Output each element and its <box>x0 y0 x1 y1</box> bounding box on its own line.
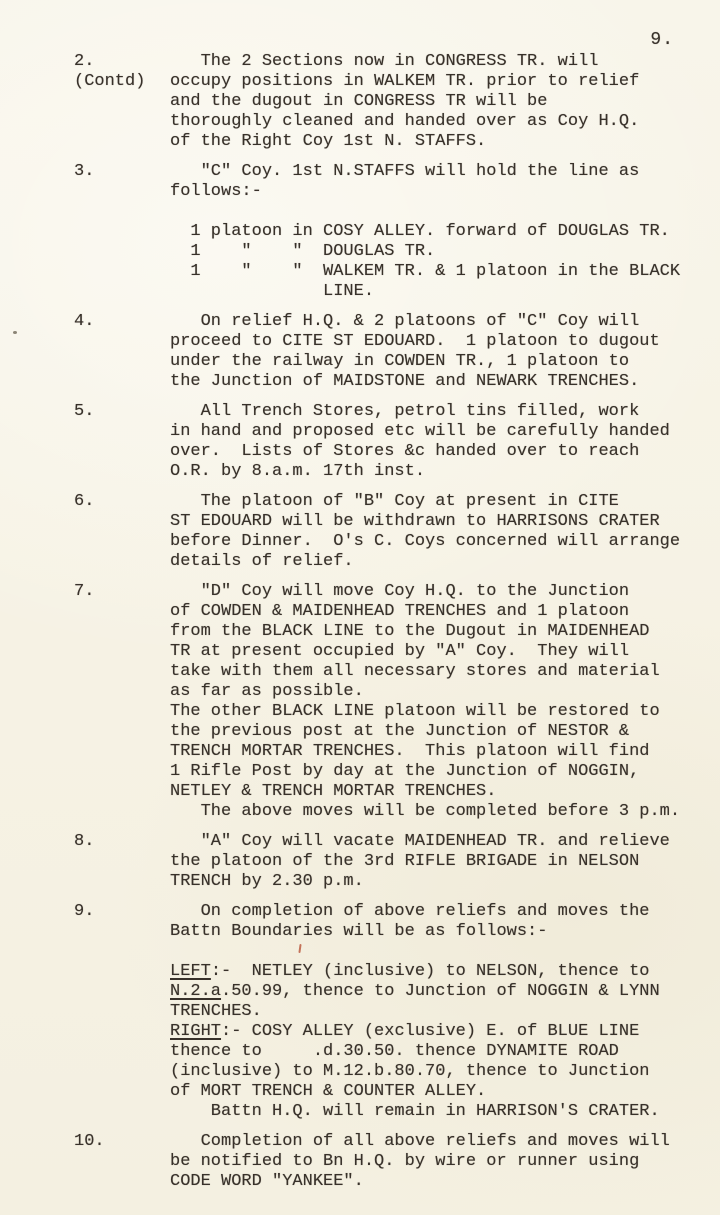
item-line: The above moves will be completed before… <box>170 802 712 822</box>
item-line: TRENCHES. <box>170 1002 712 1022</box>
underlined-text: N.2.a <box>170 982 221 1001</box>
item-line <box>170 202 712 222</box>
item-line: from the BLACK LINE to the Dugout in MAI… <box>170 622 712 642</box>
item-number-line: 8. <box>74 832 170 852</box>
order-item: 6. The platoon of "B" Coy at present in … <box>0 492 712 572</box>
underlined-text: RIGHT <box>170 1022 221 1041</box>
item-line: in hand and proposed etc will be careful… <box>170 422 712 442</box>
item-number-line: 10. <box>74 1132 170 1152</box>
item-line: under the railway in COWDEN TR., 1 plato… <box>170 352 712 372</box>
item-number: 5. <box>0 402 170 422</box>
item-line: 1 Rifle Post by day at the Junction of N… <box>170 762 712 782</box>
item-text: "A" Coy will vacate MAIDENHEAD TR. and r… <box>170 832 712 892</box>
item-line: take with them all necessary stores and … <box>170 662 712 682</box>
item-line: before Dinner. O's C. Coys concerned wil… <box>170 532 712 552</box>
item-text: On completion of above reliefs and moves… <box>170 902 712 1122</box>
item-line: occupy positions in WALKEM TR. prior to … <box>170 72 712 92</box>
item-line: All Trench Stores, petrol tins filled, w… <box>170 402 712 422</box>
item-line: TRENCH by 2.30 p.m. <box>170 872 712 892</box>
item-line: (inclusive) to M.12.b.80.70, thence to J… <box>170 1062 712 1082</box>
item-number: 8. <box>0 832 170 852</box>
item-line: RIGHT:- COSY ALLEY (exclusive) E. of BLU… <box>170 1022 712 1042</box>
item-number-line: 4. <box>74 312 170 332</box>
item-number-line: 6. <box>74 492 170 512</box>
underlined-text: LEFT <box>170 962 211 981</box>
item-number: 9. <box>0 902 170 922</box>
item-line: O.R. by 8.a.m. 17th inst. <box>170 462 712 482</box>
item-line: On completion of above reliefs and moves… <box>170 902 712 922</box>
paper-speck <box>13 331 17 334</box>
document-body: 2.(Contd) The 2 Sections now in CONGRESS… <box>0 52 712 1202</box>
item-number: 4. <box>0 312 170 332</box>
item-text: All Trench Stores, petrol tins filled, w… <box>170 402 712 482</box>
item-text: The platoon of "B" Coy at present in CIT… <box>170 492 712 572</box>
order-item: 9. On completion of above reliefs and mo… <box>0 902 712 1122</box>
item-line: The 2 Sections now in CONGRESS TR. will <box>170 52 712 72</box>
order-item: 8. "A" Coy will vacate MAIDENHEAD TR. an… <box>0 832 712 892</box>
item-line: the previous post at the Junction of NES… <box>170 722 712 742</box>
item-line: 1 " " DOUGLAS TR. <box>170 242 712 262</box>
item-number: 7. <box>0 582 170 602</box>
item-text: "D" Coy will move Coy H.Q. to the Juncti… <box>170 582 712 822</box>
order-item: 10. Completion of all above reliefs and … <box>0 1132 712 1192</box>
text-segment: :- NETLEY (inclusive) to NELSON, thence … <box>211 962 650 981</box>
order-item: 4. On relief H.Q. & 2 platoons of "C" Co… <box>0 312 712 392</box>
item-number-line: 3. <box>74 162 170 182</box>
item-line: LEFT:- NETLEY (inclusive) to NELSON, the… <box>170 962 712 982</box>
item-text: "C" Coy. 1st N.STAFFS will hold the line… <box>170 162 712 302</box>
item-line: as far as possible. <box>170 682 712 702</box>
item-line: "D" Coy will move Coy H.Q. to the Juncti… <box>170 582 712 602</box>
text-segment: .50.99, thence to Junction of NOGGIN & L… <box>221 982 660 1001</box>
text-segment: :- COSY ALLEY (exclusive) E. of BLUE LIN… <box>221 1022 639 1041</box>
item-line: On relief H.Q. & 2 platoons of "C" Coy w… <box>170 312 712 332</box>
order-item: 2.(Contd) The 2 Sections now in CONGRESS… <box>0 52 712 152</box>
item-line: 1 platoon in COSY ALLEY. forward of DOUG… <box>170 222 712 242</box>
item-line: N.2.a.50.99, thence to Junction of NOGGI… <box>170 982 712 1002</box>
order-item: 3. "C" Coy. 1st N.STAFFS will hold the l… <box>0 162 712 302</box>
item-text: On relief H.Q. & 2 platoons of "C" Coy w… <box>170 312 712 392</box>
item-line: proceed to CITE ST EDOUARD. 1 platoon to… <box>170 332 712 352</box>
item-line: over. Lists of Stores &c handed over to … <box>170 442 712 462</box>
item-number: 2.(Contd) <box>0 52 170 92</box>
order-item: 5. All Trench Stores, petrol tins filled… <box>0 402 712 482</box>
document-page: 9. 2.(Contd) The 2 Sections now in CONGR… <box>0 0 720 1215</box>
item-line: Completion of all above reliefs and move… <box>170 1132 712 1152</box>
item-line: The other BLACK LINE platoon will be res… <box>170 702 712 722</box>
item-line: "C" Coy. 1st N.STAFFS will hold the line… <box>170 162 712 182</box>
item-line: Battn H.Q. will remain in HARRISON'S CRA… <box>170 1102 712 1122</box>
item-line: the Junction of MAIDSTONE and NEWARK TRE… <box>170 372 712 392</box>
item-line: Battn Boundaries will be as follows:- <box>170 922 712 942</box>
item-line: CODE WORD "YANKEE". <box>170 1172 712 1192</box>
item-text: The 2 Sections now in CONGRESS TR. willo… <box>170 52 712 152</box>
item-number: 10. <box>0 1132 170 1152</box>
item-line: the platoon of the 3rd RIFLE BRIGADE in … <box>170 852 712 872</box>
item-line: TRENCH MORTAR TRENCHES. This platoon wil… <box>170 742 712 762</box>
item-number-line: (Contd) <box>74 72 170 92</box>
item-line: be notified to Bn H.Q. by wire or runner… <box>170 1152 712 1172</box>
order-item: 7. "D" Coy will move Coy H.Q. to the Jun… <box>0 582 712 822</box>
item-line: details of relief. <box>170 552 712 572</box>
item-line: thoroughly cleaned and handed over as Co… <box>170 112 712 132</box>
item-line: thence to .d.30.50. thence DYNAMITE ROAD <box>170 1042 712 1062</box>
item-line: follows:- <box>170 182 712 202</box>
item-number-line: 9. <box>74 902 170 922</box>
item-line: TR at present occupied by "A" Coy. They … <box>170 642 712 662</box>
item-line: of the Right Coy 1st N. STAFFS. <box>170 132 712 152</box>
item-line: and the dugout in CONGRESS TR will be <box>170 92 712 112</box>
item-line: of MORT TRENCH & COUNTER ALLEY. <box>170 1082 712 1102</box>
item-text: Completion of all above reliefs and move… <box>170 1132 712 1192</box>
item-line: NETLEY & TRENCH MORTAR TRENCHES. <box>170 782 712 802</box>
page-number: 9. <box>650 30 674 50</box>
item-number-line: 7. <box>74 582 170 602</box>
item-line: of COWDEN & MAIDENHEAD TRENCHES and 1 pl… <box>170 602 712 622</box>
item-line: The platoon of "B" Coy at present in CIT… <box>170 492 712 512</box>
item-line: ST EDOUARD will be withdrawn to HARRISON… <box>170 512 712 532</box>
item-line <box>170 942 712 962</box>
item-line: "A" Coy will vacate MAIDENHEAD TR. and r… <box>170 832 712 852</box>
item-number: 6. <box>0 492 170 512</box>
item-number-line: 2. <box>74 52 170 72</box>
item-line: LINE. <box>170 282 712 302</box>
item-line: 1 " " WALKEM TR. & 1 platoon in the BLAC… <box>170 262 712 282</box>
item-number-line: 5. <box>74 402 170 422</box>
item-number: 3. <box>0 162 170 182</box>
